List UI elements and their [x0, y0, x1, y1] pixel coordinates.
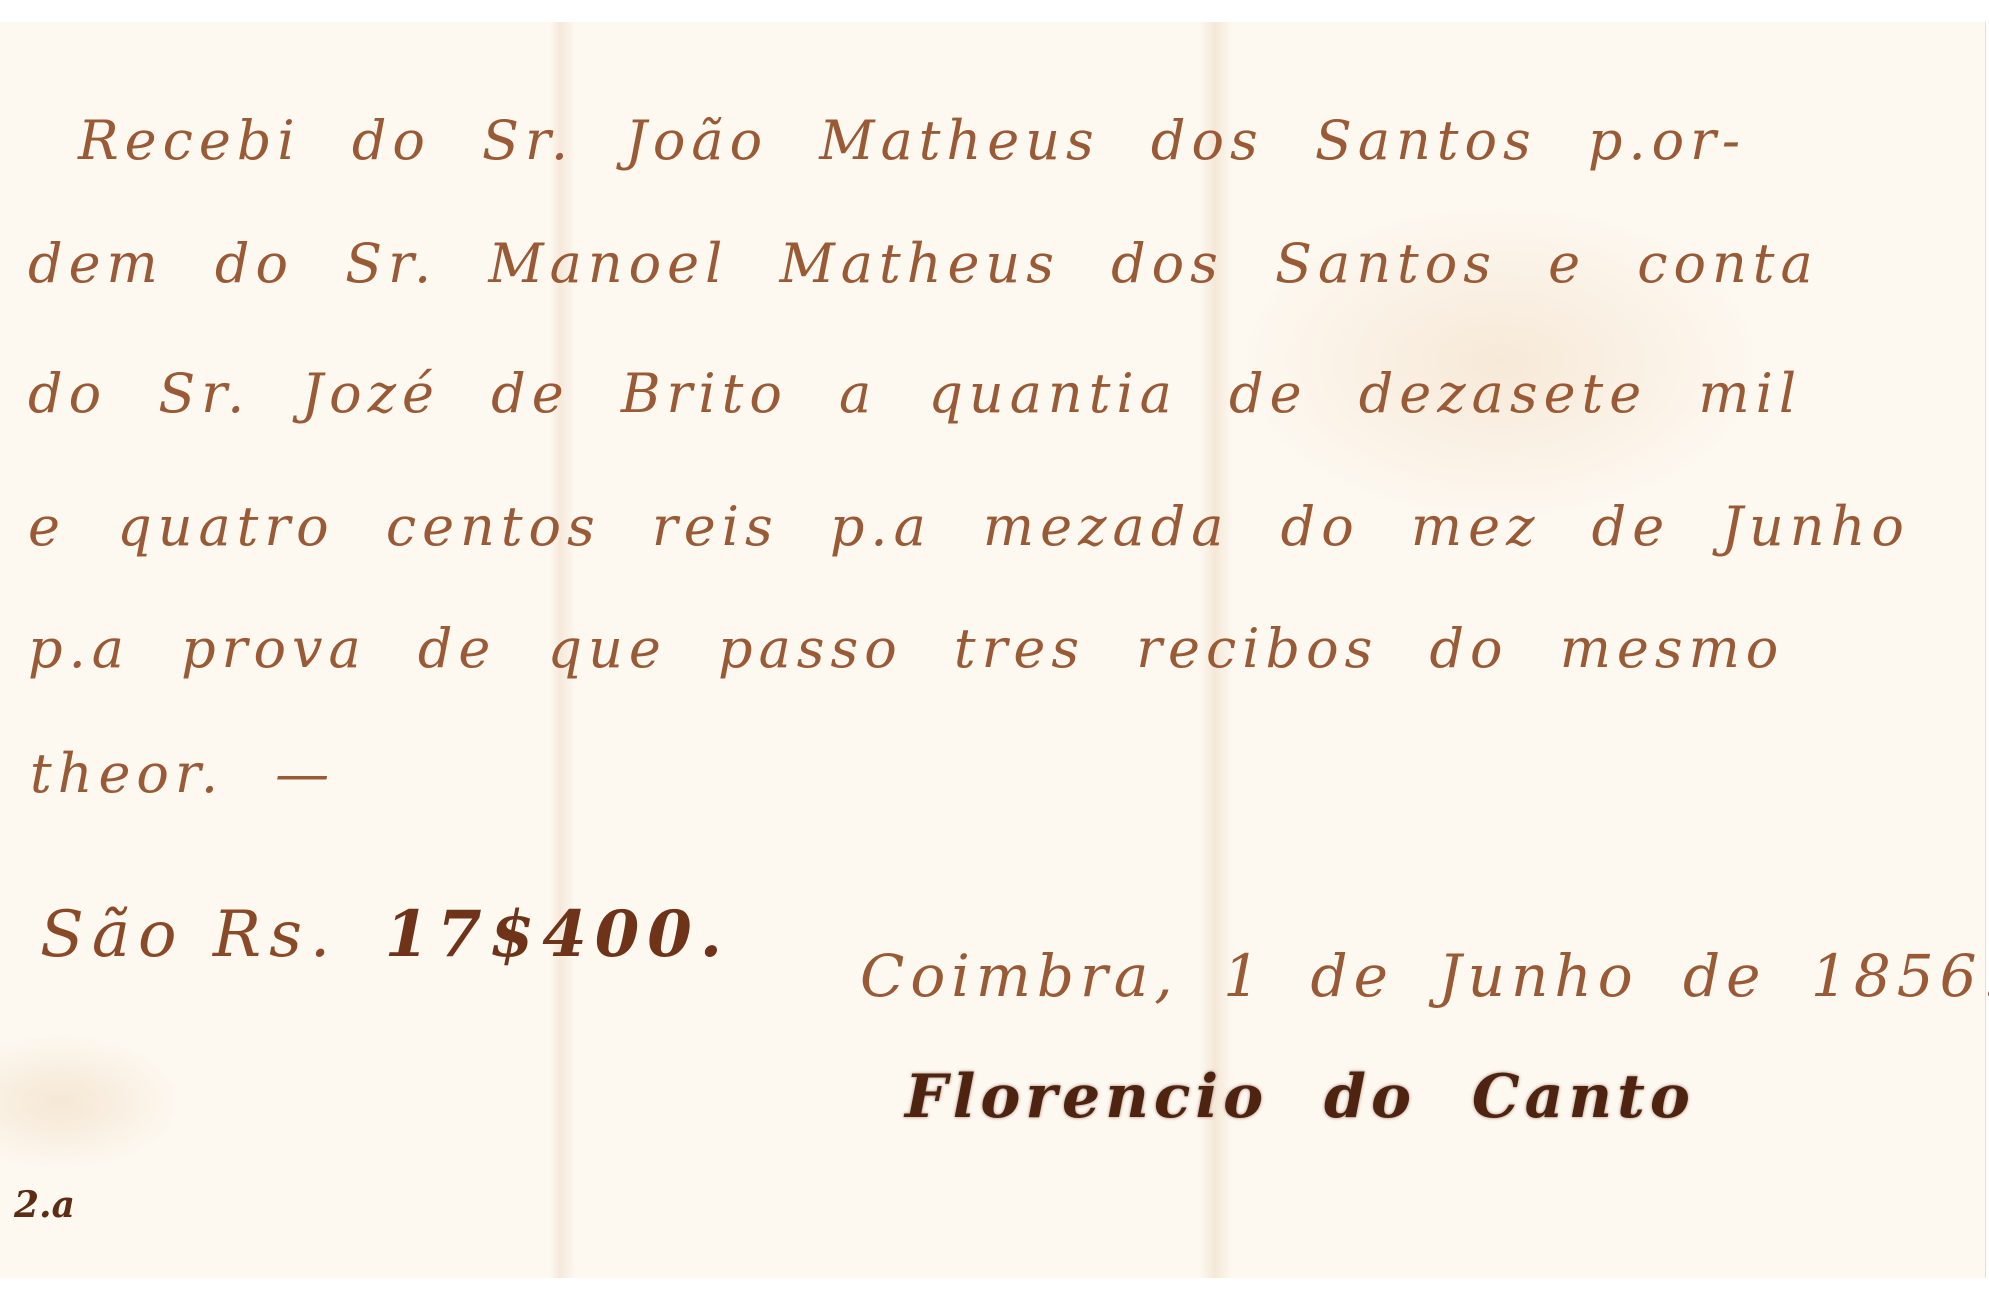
body-line-4: e quatro centos reis p.a mezada do mez d… — [28, 500, 1910, 554]
document-paper: Recebi do Sr. João Matheus dos Santos p.… — [0, 22, 1986, 1278]
amount-value: 17$400. — [385, 897, 730, 972]
place-and-date: Coimbra, 1 de Junho de 1856. — [860, 942, 1989, 1010]
body-line-3: do Sr. Jozé de Brito a quantia de dezase… — [28, 367, 1802, 421]
amount-line: São Rs. 17$400. — [40, 897, 730, 972]
margin-note: 2.a — [14, 1184, 75, 1226]
body-line-5: p.a prova de que passo tres recibos do m… — [28, 622, 1784, 676]
amount-label: São Rs. — [40, 898, 338, 972]
body-line-2: dem do Sr. Manoel Matheus dos Santos e c… — [28, 237, 1819, 291]
signature: Florencio do Canto — [905, 1062, 1695, 1132]
body-line-1: Recebi do Sr. João Matheus dos Santos p.… — [78, 114, 1746, 168]
body-line-6: theor. — — [30, 747, 335, 801]
